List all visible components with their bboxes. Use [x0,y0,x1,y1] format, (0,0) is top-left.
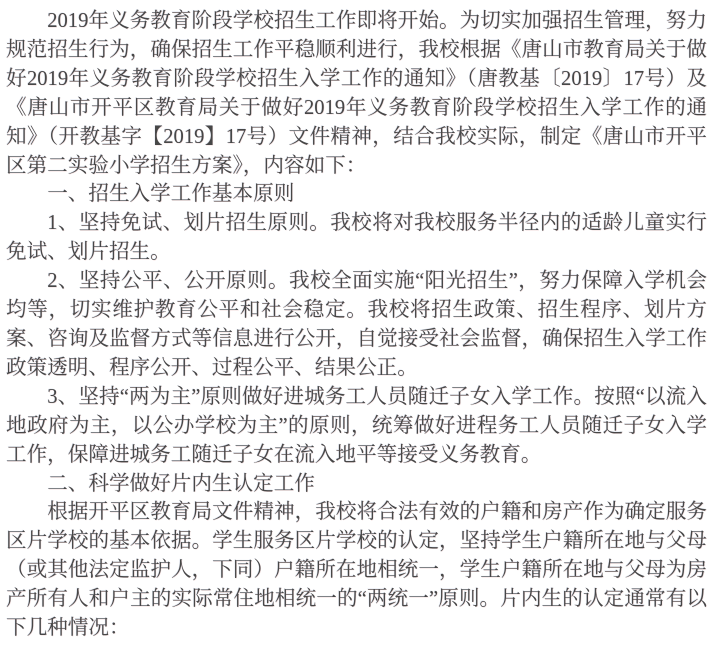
section-heading-2: 二、科学做好片内生认定工作 [6,470,707,499]
paragraph-district-basis: 根据开平区教育局文件精神，我校将合法有效的户籍和房产作为确定服务区片学校的基本依… [6,498,707,643]
paragraph-principle-1: 1、坚持免试、划片招生原则。我校将对我校服务半径内的适龄儿童实行免试、划片招生。 [6,209,707,267]
document-page: 2019年义务教育阶段学校招生工作即将开始。为切实加强招生管理，努力规范招生行为… [0,0,714,669]
paragraph-principle-2: 2、坚持公平、公开原则。我校全面实施“阳光招生”，努力保障入学机会均等，切实维护… [6,267,707,383]
paragraph-intro: 2019年义务教育阶段学校招生工作即将开始。为切实加强招生管理，努力规范招生行为… [6,7,707,180]
section-heading-1: 一、招生入学工作基本原则 [6,180,707,209]
paragraph-principle-3: 3、坚持“两为主”原则做好进城务工人员随迁子女入学工作。按照“以流入地政府为主，… [6,383,707,470]
